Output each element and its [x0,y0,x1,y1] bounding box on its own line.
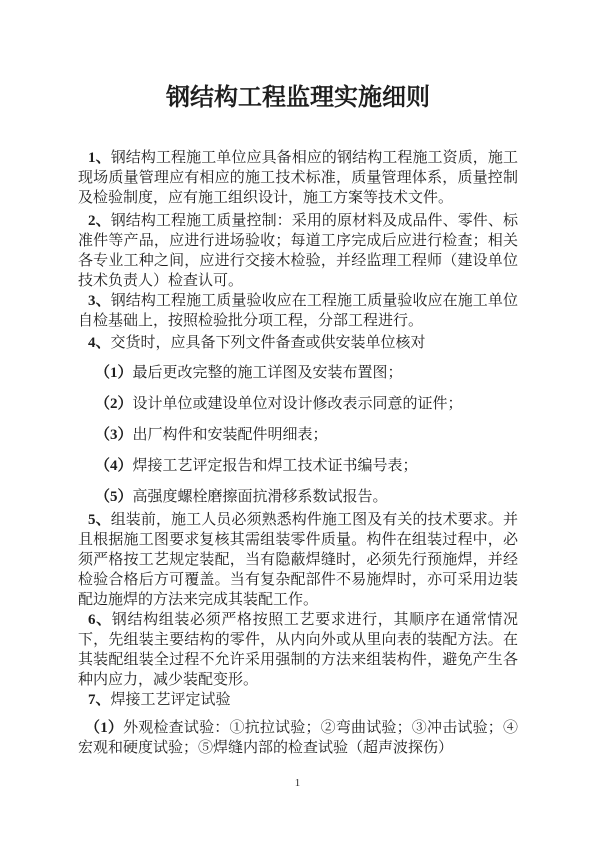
paragraph-2-number: 2、 [88,213,111,229]
list-item-text: 设计单位或建设单位对设计修改表示同意的证件； [133,396,463,412]
weld-test-number: （1） [85,720,123,736]
paragraph-3: 3、钢结构工程施工质量验收应在工程施工质量验收应在施工单位自检基础上，按照检验批… [78,291,518,331]
list-item-number: （5） [95,489,133,505]
paragraph-6-number: 6、 [88,612,112,628]
paragraph-1-number: 1、 [88,150,111,166]
paragraph-7-text: 焊接工艺评定试验 [111,692,231,708]
page-number: 1 [0,777,595,790]
list-item: （1）最后更改完整的施工详图及安装布置图； [78,363,518,383]
list-item-number: （2） [95,396,133,412]
list-item-text: 最后更改完整的施工详图及安装布置图； [133,365,403,381]
paragraph-5: 5、组装前，施工人员必须熟悉构件施工图及有关的技术要求。并且根据施工图要求复核其… [78,510,518,610]
paragraph-1-text: 钢结构工程施工单位应具备相应的钢结构工程施工资质，施工现场质量管理应有相应的施工… [78,150,518,206]
list-item-text: 焊接工艺评定报告和焊工技术证书编号表； [133,458,418,474]
list-item: （4）焊接工艺评定报告和焊工技术证书编号表； [78,456,518,476]
paragraph-4-text: 交货时，应具备下列文件备查或供安装单位核对 [111,335,426,351]
delivery-documents-list: （1）最后更改完整的施工详图及安装布置图； （2）设计单位或建设单位对设计修改表… [78,363,518,507]
paragraph-1: 1、钢结构工程施工单位应具备相应的钢结构工程施工资质，施工现场质量管理应有相应的… [78,148,518,208]
list-item-number: （4） [95,458,133,474]
document-page: 钢结构工程监理实施细则 1、钢结构工程施工单位应具备相应的钢结构工程施工资质，施… [0,0,595,842]
paragraph-2: 2、钢结构工程施工质量控制：采用的原材料及成品件、零件、标准件等产品，应进行进场… [78,211,518,291]
page-title: 钢结构工程监理实施细则 [78,84,518,112]
list-item-text: 出厂构件和安装配件明细表； [133,427,328,443]
weld-test-text: 外观检查试验：①抗拉试验；②弯曲试验；③冲击试验；④宏观和硬度试验；⑤焊缝内部的… [78,720,518,756]
paragraph-6: 6、钢结构组装必须严格按照工艺要求进行，其顺序在通常情况下，先组装主要结构的零件… [78,610,518,690]
list-item-number: （3） [95,427,133,443]
list-item: （3）出厂构件和安装配件明细表； [78,425,518,445]
list-item-number: （1） [95,365,133,381]
list-item: （2）设计单位或建设单位对设计修改表示同意的证件； [78,394,518,414]
paragraph-4: 4、交货时，应具备下列文件备查或供安装单位核对 [78,333,518,353]
paragraph-4-number: 4、 [88,335,111,351]
paragraph-7: 7、焊接工艺评定试验 [78,690,518,710]
paragraph-6-text: 钢结构组装必须严格按照工艺要求进行，其顺序在通常情况下，先组装主要结构的零件，从… [78,612,518,688]
paragraph-2-text: 钢结构工程施工质量控制：采用的原材料及成品件、零件、标准件等产品，应进行进场验收… [78,213,518,289]
paragraph-3-number: 3、 [88,293,111,309]
weld-test-paragraph: （1）外观检查试验：①抗拉试验；②弯曲试验；③冲击试验；④宏观和硬度试验；⑤焊缝… [78,718,518,758]
list-item-text: 高强度螺栓磨擦面抗滑移系数试报告。 [133,489,388,505]
paragraph-5-text: 组装前，施工人员必须熟悉构件施工图及有关的技术要求。并且根据施工图要求复核其需组… [78,512,518,608]
paragraph-5-number: 5、 [88,512,111,528]
paragraph-3-text: 钢结构工程施工质量验收应在工程施工质量验收应在施工单位自检基础上，按照检验批分项… [78,293,518,329]
list-item: （5）高强度螺栓磨擦面抗滑移系数试报告。 [78,487,518,507]
paragraph-7-number: 7、 [88,692,111,708]
